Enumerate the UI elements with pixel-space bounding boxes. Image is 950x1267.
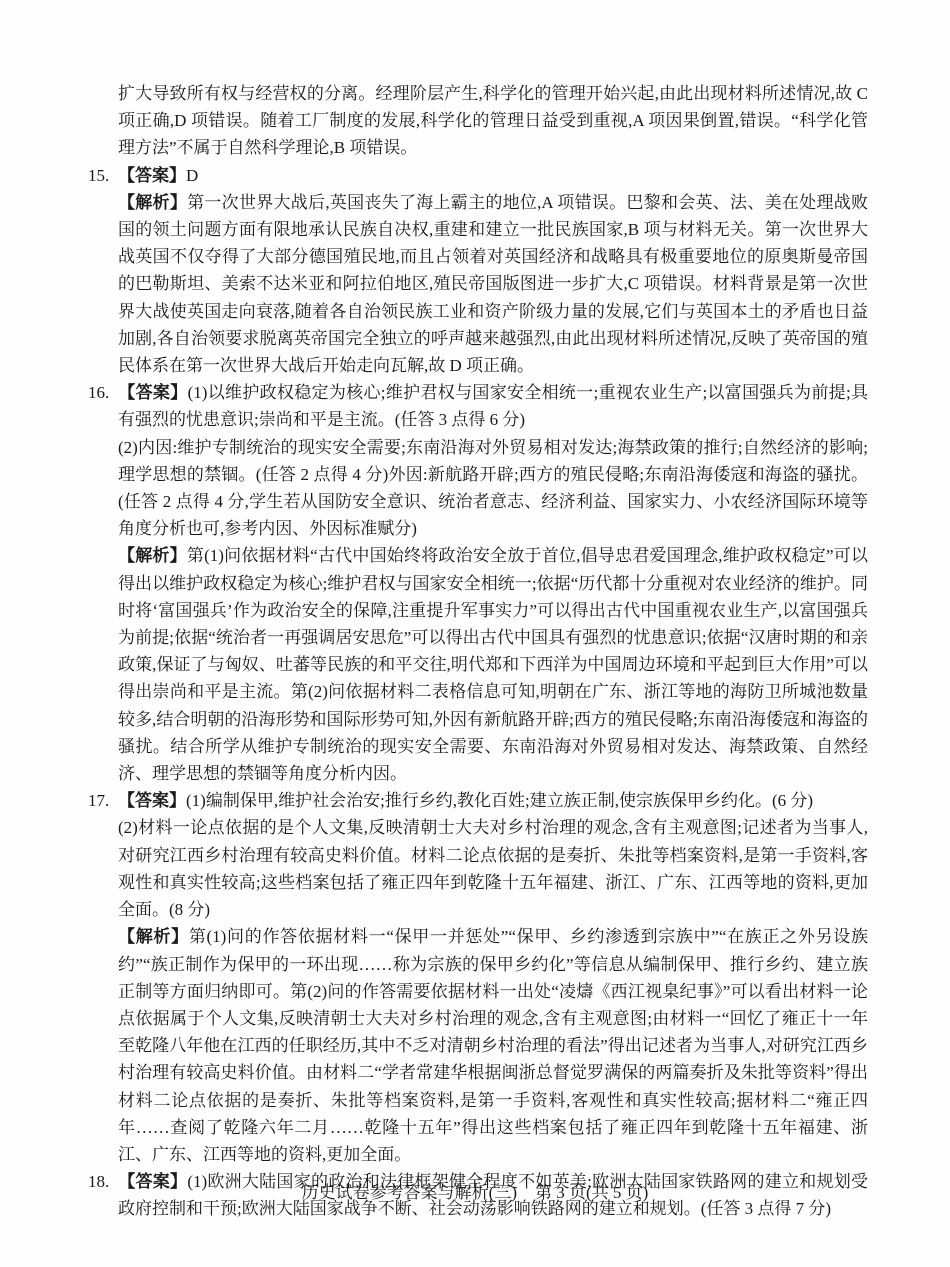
answer-block-continuation: 扩大导致所有权与经营权的分离。经理阶层产生,科学化的管理开始兴起,由此出现材料所…	[88, 80, 868, 162]
question-number: 16.	[88, 379, 118, 406]
analysis-label: 【解析】	[118, 546, 187, 565]
analysis-label: 【解析】	[118, 927, 189, 946]
footer-page-number: 第 3 页(共 5 页)	[535, 1183, 648, 1202]
answer-paragraph: 16.【答案】(1)以维护政权稳定为核心;维护君权与国家安全相统一;重视农业生产…	[118, 379, 868, 433]
answer-label: 【答案】	[118, 383, 188, 402]
answer-paragraph: 扩大导致所有权与经营权的分离。经理阶层产生,科学化的管理开始兴起,由此出现材料所…	[118, 80, 868, 162]
analysis-label: 【解析】	[118, 193, 187, 212]
answer-paragraph: 15.【答案】D	[118, 162, 868, 189]
answer-label: 【答案】	[118, 791, 186, 810]
answer-content: 扩大导致所有权与经营权的分离。经理阶层产生,科学化的管理开始兴起,由此出现材料所…	[88, 80, 868, 1223]
footer-title: 历史试卷参考答案与解析(三)	[302, 1183, 517, 1202]
answer-block-15: 15.【答案】D 【解析】第一次世界大战后,英国丧失了海上霸主的地位,A 项错误…	[88, 162, 868, 380]
question-number: 15.	[88, 162, 118, 189]
exam-answer-page: 扩大导致所有权与经营权的分离。经理阶层产生,科学化的管理开始兴起,由此出现材料所…	[0, 0, 950, 1267]
page-footer: 历史试卷参考答案与解析(三)第 3 页(共 5 页)	[0, 1178, 950, 1203]
answer-paragraph: (2)内因:维护专制统治的现实安全需要;东南沿海对外贸易相对发达;海禁政策的推行…	[118, 434, 868, 543]
answer-paragraph: (2)材料一论点依据的是个人文集,反映清朝士大夫对乡村治理的观念,含有主观意图;…	[118, 814, 868, 923]
analysis-paragraph: 【解析】第一次世界大战后,英国丧失了海上霸主的地位,A 项错误。巴黎和会英、法、…	[118, 189, 868, 379]
analysis-paragraph: 【解析】第(1)问的作答依据材料一“保甲一并惩处”“保甲、乡约渗透到宗族中”“在…	[118, 923, 868, 1168]
answer-paragraph: 17.【答案】(1)编制保甲,维护社会治安;推行乡约,教化百姓;建立族正制,使宗…	[118, 787, 868, 814]
answer-block-16: 16.【答案】(1)以维护政权稳定为核心;维护君权与国家安全相统一;重视农业生产…	[88, 379, 868, 787]
question-number: 17.	[88, 787, 118, 814]
answer-block-17: 17.【答案】(1)编制保甲,维护社会治安;推行乡约,教化百姓;建立族正制,使宗…	[88, 787, 868, 1168]
analysis-paragraph: 【解析】第(1)问依据材料“古代中国始终将政治安全放于首位,倡导忠君爱国理念,维…	[118, 542, 868, 787]
answer-label: 【答案】	[118, 166, 186, 185]
